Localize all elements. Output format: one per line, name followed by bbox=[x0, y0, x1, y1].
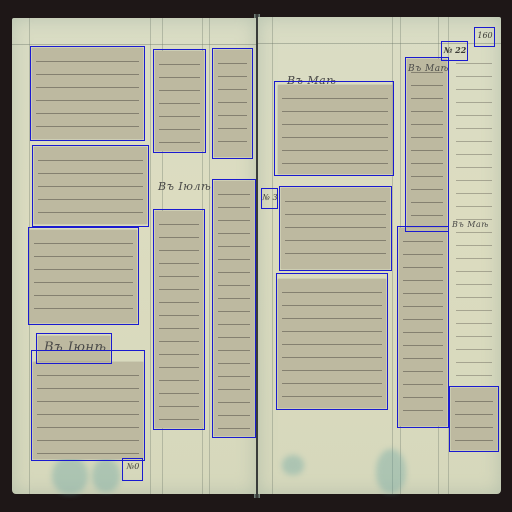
water-stain bbox=[282, 455, 304, 475]
heading-july: Въ Іюлѣ bbox=[158, 180, 211, 193]
bbox-mid-col-4[interactable] bbox=[212, 179, 256, 438]
margin-line bbox=[272, 17, 273, 494]
water-stain bbox=[52, 456, 88, 494]
bbox-right-entry-2[interactable] bbox=[279, 186, 392, 271]
bbox-left-entry-1[interactable] bbox=[30, 46, 145, 141]
bbox-right-stamp[interactable] bbox=[441, 41, 468, 61]
column-line bbox=[150, 18, 151, 494]
bbox-right-edge-entry[interactable] bbox=[449, 386, 499, 452]
bbox-mid-col-3[interactable] bbox=[153, 209, 205, 430]
bbox-right-marker[interactable] bbox=[261, 188, 278, 209]
bbox-left-entry-4[interactable] bbox=[31, 350, 145, 461]
bbox-left-page-number[interactable] bbox=[122, 458, 143, 481]
bbox-right-col-2[interactable] bbox=[397, 226, 449, 428]
bbox-right-entry-3[interactable] bbox=[276, 273, 388, 410]
bbox-left-entry-2[interactable] bbox=[32, 145, 149, 227]
handwritten-column bbox=[452, 50, 496, 380]
bbox-mid-col-1[interactable] bbox=[153, 49, 206, 153]
ruled-line bbox=[12, 44, 256, 45]
bbox-right-corner-number[interactable] bbox=[474, 27, 495, 47]
column-line bbox=[209, 18, 210, 494]
water-stain bbox=[92, 458, 120, 492]
bbox-right-entry-1[interactable] bbox=[274, 81, 394, 176]
bbox-left-entry-3[interactable] bbox=[28, 227, 139, 325]
water-stain bbox=[376, 449, 406, 493]
heading-may-column-low: Въ Маѣ bbox=[452, 220, 489, 229]
bbox-mid-col-2[interactable] bbox=[212, 48, 253, 159]
bbox-right-col-1[interactable] bbox=[405, 57, 449, 232]
